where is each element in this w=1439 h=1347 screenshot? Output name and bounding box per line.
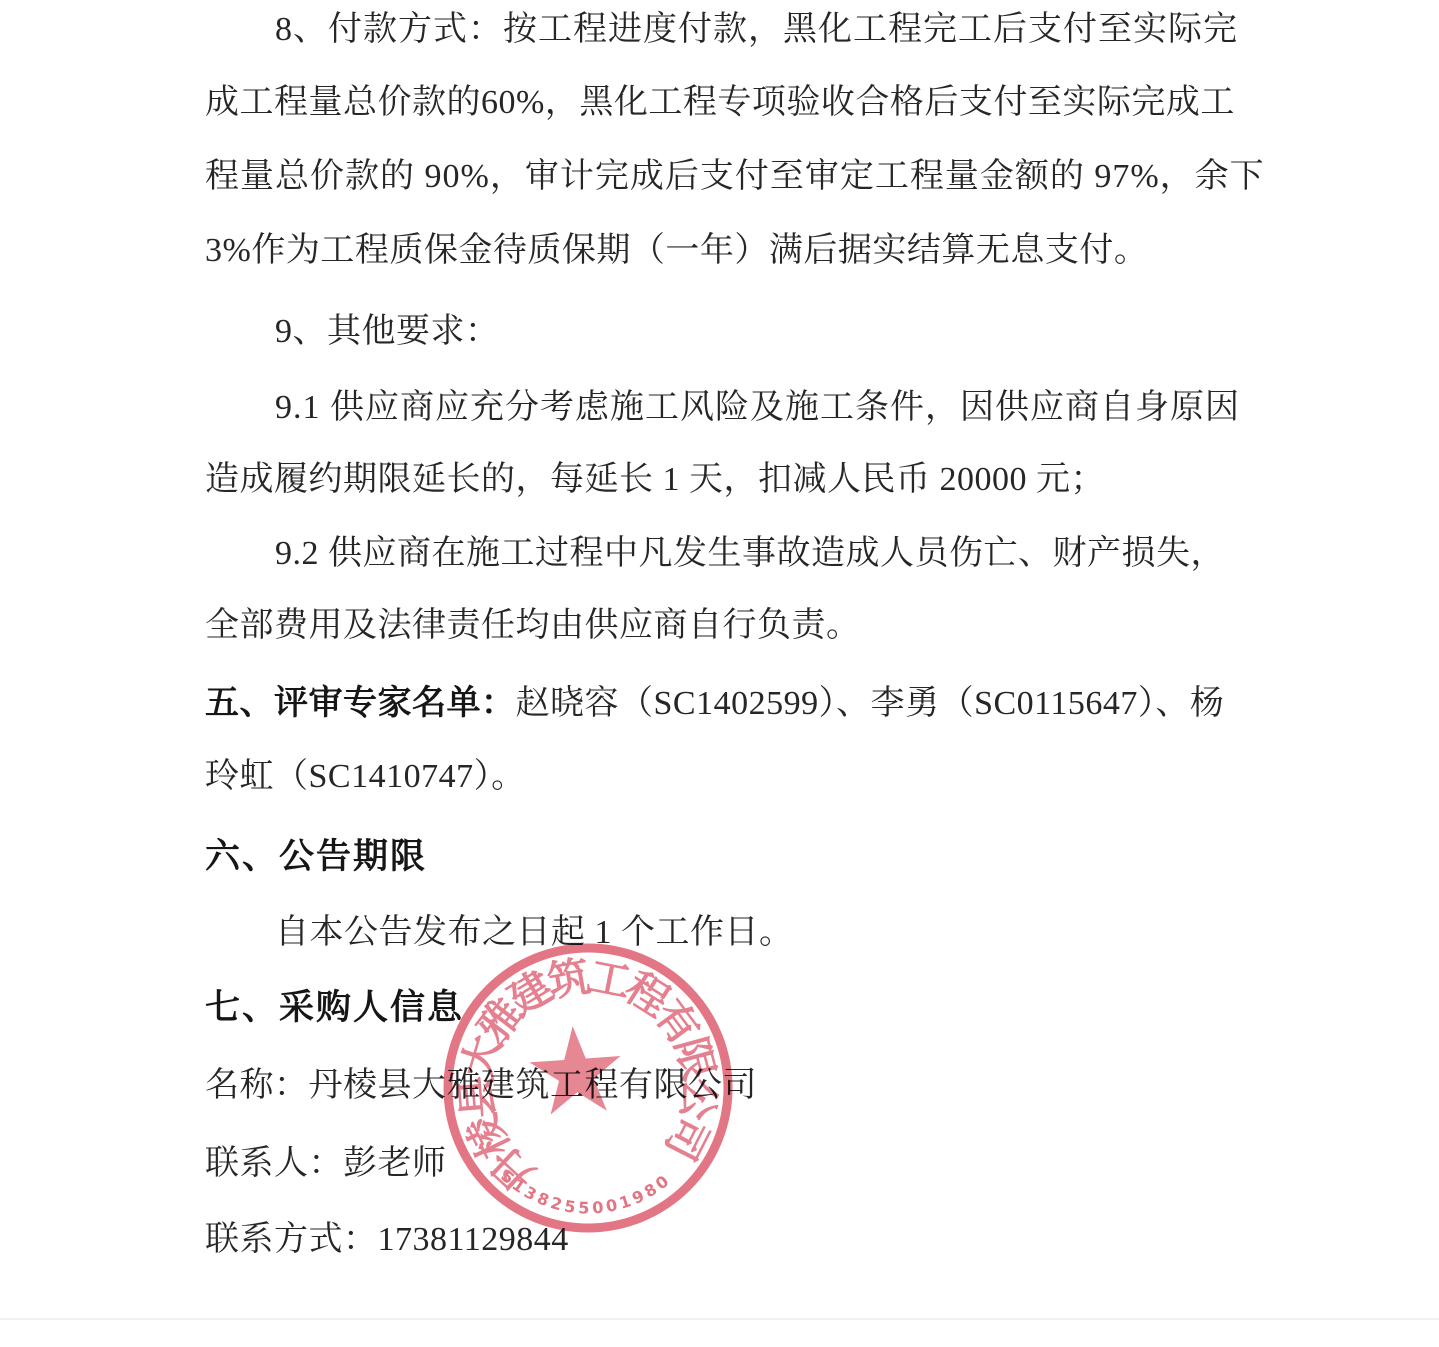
doc-line-experts-2: 玲虹（SC1410747）。 [205,757,526,797]
doc-line-other-req: 9、其他要求： [275,312,500,352]
doc-line-payment-4: 3%作为工程质保金待质保期（一年）满后据实结算无息支付。 [205,231,1148,271]
doc-line-req-9-2b: 全部费用及法律责任均由供应商自行负责。 [205,606,861,646]
seal-digit: 0 [604,1195,619,1216]
purchaser-info-heading: 七、采购人信息 [205,988,464,1028]
announcement-period-heading: 六、公告期限 [205,837,427,877]
purchaser-contact-line: 联系人：彭老师 [205,1144,447,1184]
seal-digit: 0 [591,1198,604,1218]
experts-list-part1: 赵晓容（SC1402599）、李勇（SC0115647）、杨 [516,685,1225,722]
doc-line-payment-1: 8、付款方式：按工程进度付款，黑化工程完工后支付至实际完 [275,10,1238,50]
doc-line-experts-1: 五、评审专家名单：赵晓容（SC1402599）、李勇（SC0115647）、杨 [205,683,1224,724]
doc-line-req-9-2a: 9.2 供应商在施工过程中凡发生事故造成人员伤亡、财产损失， [275,534,1225,574]
doc-line-payment-2: 成工程量总价款的60%，黑化工程专项验收合格后支付至实际完成工 [205,83,1235,123]
scan-artifact-line [0,1318,1439,1320]
company-seal: 丹棱县大雅建筑工程有限公司 5138255001980 [438,938,738,1238]
doc-line-payment-3: 程量总价款的 90%，审计完成后支付至审定工程量金额的 97%，余下 [205,157,1265,197]
experts-heading: 五、评审专家名单： [205,684,516,722]
seal-star-icon [527,1023,624,1116]
seal-digit: 2 [548,1193,564,1214]
seal-digit: 5 [563,1196,577,1216]
doc-line-req-9-1b: 造成履约期限延长的，每延长 1 天，扣减人民币 20000 元； [205,460,1105,500]
doc-line-req-9-1a: 9.1 供应商应充分考虑施工风险及施工条件，因供应商自身原因 [275,388,1240,428]
seal-digit: 5 [578,1198,590,1217]
document-page: 8、付款方式：按工程进度付款，黑化工程完工后支付至实际完 成工程量总价款的60%… [0,0,1439,1347]
